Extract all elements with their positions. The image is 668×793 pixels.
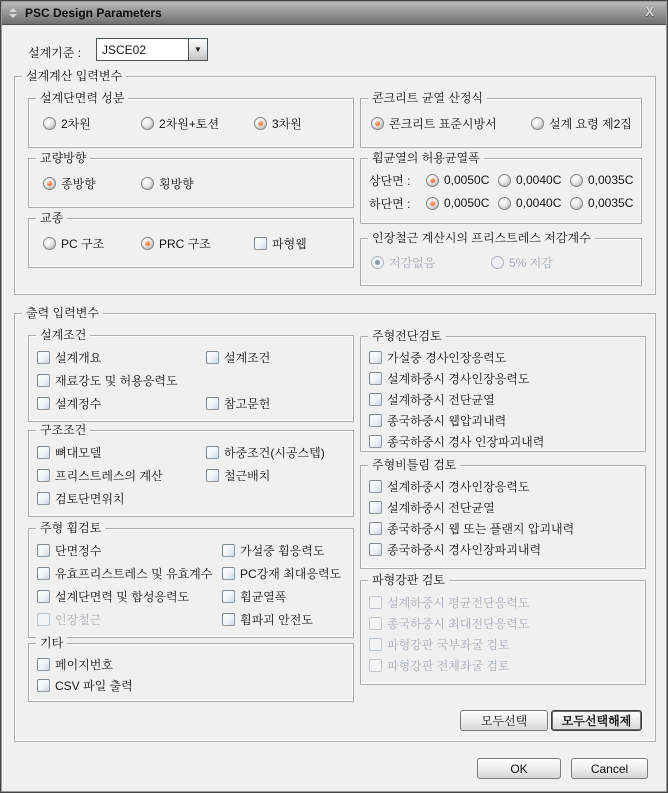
checkbox [369,638,382,651]
checkbox-item[interactable]: CSV 파일 출력 [37,677,133,694]
radio-circle[interactable] [254,117,267,130]
checkbox[interactable] [37,567,50,580]
checkbox-item: 파형강판 전체좌굴 검토 [369,657,510,674]
checkbox-list: 페이지번호CSV 파일 출력 [37,654,349,696]
radio-circle[interactable] [141,117,154,130]
checkbox-label: 하중조건(시공스텝) [224,444,325,461]
checkbox-row: 가설중 경사인장응력도 [369,347,641,368]
checkbox-label: 철근배치 [224,467,270,484]
checkbox-row: 설계하중시 경사인장응력도 [369,368,641,389]
radio-top-0035c[interactable]: 0,0035C [570,173,633,187]
checkbox-label: 재료강도 및 허용응력도 [55,372,178,389]
radio-bottom-0050c[interactable]: 0,0050C [426,196,498,210]
checkbox[interactable] [37,469,50,482]
radio-transverse[interactable]: 횡방향 [141,175,194,192]
checkbox-label: 유효프리스트레스 및 유효계수 [55,565,212,582]
radio-circle[interactable] [426,174,439,187]
checkbox-item[interactable]: PC강재 최대응력도 [222,565,341,582]
checkbox [369,659,382,672]
radio-no-reduction: 저감없음 [371,254,491,271]
checkbox-label: 설계하중시 전단균열 [387,499,495,516]
group-title: 설계계산 입력변수 [22,69,126,84]
checkbox-item: 인장철근 [37,611,222,628]
checkbox-label: 설계하중시 경사인장응력도 [387,478,529,495]
radio-circle[interactable] [141,177,154,190]
checkbox-row: 파형강판 국부좌굴 검토 [369,634,641,655]
close-icon: X [645,4,654,19]
checkbox-row: 종국하중시 경사 인장파괴내력 [369,431,641,452]
cancel-button[interactable]: Cancel [571,758,648,779]
group-section-force: 설계단면력 성분 2차원 2차원+토션 3차원 [28,98,354,148]
radio-design-guideline-vol2[interactable]: 설계 요령 제2집 [531,115,632,132]
checkbox-item[interactable]: 철근배치 [206,467,270,484]
checkbox-label: 종국하중시 웹 또는 플랜지 압괴내력 [387,520,574,537]
checkbox [369,596,382,609]
radio-circle[interactable] [570,197,583,210]
checkbox-label: 가설중 경사인장응력도 [387,349,506,366]
group-title: 출력 입력변수 [22,306,103,321]
checkbox[interactable] [369,501,382,514]
checkbox-item[interactable]: 하중조건(시공스텝) [206,444,325,461]
checkbox-item[interactable]: 검토단면위치 [37,490,125,507]
select-all-button[interactable]: 모두선택 [460,710,548,731]
checkbox-row: 종국하중시 경사인장파괴내력 [369,539,641,560]
checkbox[interactable] [37,446,50,459]
checkbox-list: 가설중 경사인장응력도설계하중시 경사인장응력도설계하중시 전단균열종국하중시 … [369,347,641,452]
checkbox-item[interactable]: 참고문헌 [206,395,270,412]
checkbox-label: 프리스트레스의 계산 [55,467,163,484]
checkbox[interactable] [37,374,50,387]
checkbox-label: 설계단면력 및 합성응력도 [55,588,189,605]
checkbox [37,613,50,626]
checkbox[interactable] [37,397,50,410]
radio-circle[interactable] [426,197,439,210]
checkbox [369,617,382,630]
window-icon [9,6,18,20]
checkbox-label: 가설중 휨응력도 [240,542,324,559]
radio-circle[interactable] [371,117,384,130]
title-bar: PSC Design Parameters X [1,1,667,25]
checkbox-list: 뼈대모델하중조건(시공스텝)프리스트레스의 계산철근배치검토단면위치 [37,441,349,510]
checkbox-label: 참고문헌 [224,395,270,412]
design-standard-label: 설계기준 : [28,44,81,61]
checkbox[interactable] [222,567,235,580]
checkbox-row: 프리스트레스의 계산철근배치 [37,464,349,487]
group-concrete-crack-formula: 콘크리트 균열 산정식 콘크리트 표준시방서 설계 요령 제2집 [360,98,642,148]
checkbox-label: 단면정수 [55,542,101,559]
chevron-down-icon: ▼ [194,45,202,54]
design-standard-value: JSCE02 [97,39,188,60]
checkbox-label: 검토단면위치 [55,490,125,507]
group-girder-flexure-check: 주형 휨검토 단면정수가설중 휨응력도유효프리스트레스 및 유효계수PC강재 최… [28,528,354,638]
group-girder-torsion-check: 주형비틀림 검토 설계하중시 경사인장응력도설계하중시 전단균열종국하중시 웹 … [360,465,646,569]
radio-5pct-reduction: 5% 저감 [491,254,553,271]
checkbox-item[interactable]: 뼈대모델 [37,444,206,461]
group-etc: 기타 페이지번호CSV 파일 출력 [28,643,354,702]
checkbox-item[interactable]: 설계하중시 경사인장응력도 [369,478,529,495]
checkbox-row: 종국하중시 웹 또는 플랜지 압괴내력 [369,518,641,539]
deselect-all-button[interactable]: 모두선택해제 [551,710,642,731]
checkbox[interactable] [206,469,219,482]
checkbox[interactable] [369,351,382,364]
bridge-direction-options: 종방향 횡방향 [43,176,194,190]
radio-circle [491,256,504,269]
checkbox-item[interactable]: 설계조건 [206,349,270,366]
checkbox-row: 페이지번호 [37,654,349,675]
radio-circle[interactable] [141,237,154,250]
checkbox-row: 설계하중시 평균전단응력도 [369,592,641,613]
group-title: 구조조건 [36,423,90,438]
checkbox[interactable] [37,351,50,364]
checkbox-label: 페이지번호 [55,656,113,673]
checkbox-label: 뼈대모델 [55,444,101,461]
group-title: 교량방향 [36,151,90,166]
checkbox-item: 종국하중시 최대전단응력도 [369,615,529,632]
top-face-label: 상단면 : [369,172,426,189]
group-title: 휨균열의 허용균열폭 [368,151,484,166]
checkbox-label: 종국하중시 웹압괴내력 [387,412,506,429]
group-title: 인장철근 계산시의 프리스트레스 저감계수 [368,231,595,246]
checkbox[interactable] [369,480,382,493]
checkbox-item[interactable]: 재료강도 및 허용응력도 [37,372,178,389]
checkbox-label: 파형강판 국부좌굴 검토 [387,636,510,653]
checkbox-item[interactable]: 설계정수 [37,395,206,412]
bottom-face-label: 하단면 : [369,195,426,212]
radio-circle[interactable] [498,197,511,210]
checkbox[interactable] [206,351,219,364]
checkbox-corrugated-web[interactable]: 파형웹 [254,235,307,252]
checkbox-list: 설계개요설계조건재료강도 및 허용응력도설계정수참고문헌 [37,346,349,415]
checkbox[interactable] [222,544,235,557]
checkbox-label: CSV 파일 출력 [55,677,133,694]
checkbox-row: 종국하중시 웹압괴내력 [369,410,641,431]
checkbox[interactable] [254,237,267,250]
window-title: PSC Design Parameters [25,6,162,20]
checkbox-item[interactable]: 설계하중시 전단균열 [369,499,495,516]
group-corrugated-steel-plate-check: 파형강판 검토 설계하중시 평균전단응력도종국하중시 최대전단응력도파형강판 국… [360,580,646,685]
checkbox-list: 단면정수가설중 휨응력도유효프리스트레스 및 유효계수PC강재 최대응력도설계단… [37,539,349,631]
checkbox-label: 종국하중시 경사 인장파괴내력 [387,433,544,450]
checkbox-item[interactable]: 설계하중시 전단균열 [369,391,495,408]
checkbox-label: 설계하중시 평균전단응력도 [387,594,529,611]
radio-circle[interactable] [43,117,56,130]
radio-top-0040c[interactable]: 0,0040C [498,173,570,187]
checkbox[interactable] [206,397,219,410]
checkbox[interactable] [369,393,382,406]
group-title: 주형 휨검토 [36,521,105,536]
checkbox-row: CSV 파일 출력 [37,675,349,696]
radio-bottom-0040c[interactable]: 0,0040C [498,196,570,210]
radio-top-0050c[interactable]: 0,0050C [426,173,498,187]
checkbox[interactable] [206,446,219,459]
group-title: 주형전단검토 [368,329,446,344]
checkbox-item[interactable]: 유효프리스트레스 및 유효계수 [37,565,222,582]
checkbox-item[interactable]: 페이지번호 [37,656,113,673]
checkbox[interactable] [222,613,235,626]
design-standard-combobox[interactable]: JSCE02 ▼ [96,38,208,61]
checkbox-label: 휨파괴 안전도 [240,611,313,628]
checkbox-item[interactable]: 휨균열폭 [222,588,286,605]
checkbox-row: 파형강판 전체좌굴 검토 [369,655,641,676]
checkbox-item[interactable]: 프리스트레스의 계산 [37,467,206,484]
checkbox-row: 유효프리스트레스 및 유효계수PC강재 최대응력도 [37,562,349,585]
checkbox-item: 파형강판 국부좌굴 검토 [369,636,510,653]
bridge-type-options: PC 구조 PRC 구조 파형웹 [43,236,307,250]
checkbox-label: 설계개요 [55,349,101,366]
checkbox-item[interactable]: 설계개요 [37,349,206,366]
radio-bottom-0035c[interactable]: 0,0035C [570,196,633,210]
checkbox-list: 설계하중시 평균전단응력도종국하중시 최대전단응력도파형강판 국부좌굴 검토파형… [369,592,641,676]
checkbox-label: 종국하중시 경사인장파괴내력 [387,541,541,558]
checkbox-row: 설계하중시 전단균열 [369,389,641,410]
checkbox-item: 설계하중시 평균전단응력도 [369,594,529,611]
checkbox[interactable] [369,414,382,427]
group-title: 설계조건 [36,328,90,343]
checkbox-item[interactable]: 종국하중시 경사인장파괴내력 [369,541,541,558]
checkbox[interactable] [37,658,50,671]
radio-circle[interactable] [43,177,56,190]
checkbox[interactable] [369,522,382,535]
prestress-reduction-options: 저감없음 5% 저감 [371,255,553,269]
bottom-face-row: 하단면 : 0,0050C 0,0040C 0,0035C [369,196,633,210]
radio-circle[interactable] [43,237,56,250]
checkbox[interactable] [369,372,382,385]
checkbox-row: 설계정수참고문헌 [37,392,349,415]
ok-button[interactable]: OK [477,758,561,779]
checkbox[interactable] [369,435,382,448]
checkbox-item[interactable]: 설계단면력 및 합성응력도 [37,588,222,605]
checkbox-item[interactable]: 종국하중시 경사 인장파괴내력 [369,433,544,450]
radio-pc-structure[interactable]: PC 구조 [43,235,141,252]
group-structure-condition: 구조조건 뼈대모델하중조건(시공스텝)프리스트레스의 계산철근배치검토단면위치 [28,430,354,517]
checkbox-item[interactable]: 단면정수 [37,542,222,559]
checkbox-item[interactable]: 가설중 휨응력도 [222,542,324,559]
group-prestress-reduction: 인장철근 계산시의 프리스트레스 저감계수 저감없음 5% 저감 [360,238,642,286]
group-title: 기타 [36,636,67,651]
crack-formula-options: 콘크리트 표준시방서 설계 요령 제2집 [371,116,632,130]
group-girder-shear-check: 주형전단검토 가설중 경사인장응력도설계하중시 경사인장응력도설계하중시 전단균… [360,336,646,452]
checkbox[interactable] [222,590,235,603]
combo-dropdown-button[interactable]: ▼ [188,39,207,60]
checkbox[interactable] [37,492,50,505]
radio-circle[interactable] [498,174,511,187]
checkbox[interactable] [37,590,50,603]
radio-3d[interactable]: 3차원 [254,115,302,132]
checkbox-row: 검토단면위치 [37,487,349,510]
checkbox-label: 설계하중시 경사인장응력도 [387,370,529,387]
group-title: 콘크리트 균열 산정식 [368,91,487,106]
group-title: 교종 [36,211,67,226]
checkbox[interactable] [37,544,50,557]
checkbox-item[interactable]: 설계하중시 경사인장응력도 [369,370,529,387]
checkbox-row: 재료강도 및 허용응력도 [37,369,349,392]
checkbox-row: 설계하중시 전단균열 [369,497,641,518]
checkbox-row: 설계단면력 및 합성응력도휨균열폭 [37,585,349,608]
checkbox-label: 설계조건 [224,349,270,366]
checkbox[interactable] [369,543,382,556]
radio-longitudinal[interactable]: 종방향 [43,175,141,192]
group-title: 설계단면력 성분 [36,91,128,106]
checkbox-label: 휨균열폭 [240,588,286,605]
group-bridge-type: 교종 PC 구조 PRC 구조 파형웹 [28,218,354,268]
checkbox-label: PC강재 최대응력도 [240,565,341,582]
radio-2d-torsion[interactable]: 2차원+토션 [141,115,254,132]
group-allowable-crack-width: 휨균열의 허용균열폭 상단면 : 0,0050C 0,0040C 0,0035C… [360,158,642,224]
checkbox-label: 설계하중시 전단균열 [387,391,495,408]
checkbox-row: 인장철근휨파괴 안전도 [37,608,349,631]
checkbox-item[interactable]: 종국하중시 웹 또는 플랜지 압괴내력 [369,520,574,537]
group-title: 주형비틀림 검토 [368,458,460,473]
checkbox-item[interactable]: 가설중 경사인장응력도 [369,349,506,366]
checkbox-row: 종국하중시 최대전단응력도 [369,613,641,634]
group-design-condition: 설계조건 설계개요설계조건재료강도 및 허용응력도설계정수참고문헌 [28,335,354,422]
radio-circle [371,256,384,269]
checkbox-row: 설계개요설계조건 [37,346,349,369]
checkbox-item[interactable]: 종국하중시 웹압괴내력 [369,412,506,429]
close-button[interactable]: X [645,4,654,19]
checkbox-row: 단면정수가설중 휨응력도 [37,539,349,562]
radio-2d[interactable]: 2차원 [43,115,141,132]
checkbox-row: 설계하중시 경사인장응력도 [369,476,641,497]
radio-concrete-standard-spec[interactable]: 콘크리트 표준시방서 [371,115,531,132]
checkbox-item[interactable]: 휨파괴 안전도 [222,611,313,628]
radio-circle[interactable] [531,117,544,130]
checkbox[interactable] [37,679,50,692]
checkbox-label: 설계정수 [55,395,101,412]
checkbox-label: 파형강판 전체좌굴 검토 [387,657,510,674]
group-bridge-direction: 교량방향 종방향 횡방향 [28,158,354,208]
checkbox-label: 인장철근 [55,611,101,628]
group-title: 파형강판 검토 [368,573,449,588]
top-face-row: 상단면 : 0,0050C 0,0040C 0,0035C [369,173,633,187]
section-force-options: 2차원 2차원+토션 3차원 [43,116,302,130]
checkbox-label: 종국하중시 최대전단응력도 [387,615,529,632]
radio-prc-structure[interactable]: PRC 구조 [141,235,254,252]
radio-circle[interactable] [570,174,583,187]
checkbox-list: 설계하중시 경사인장응력도설계하중시 전단균열종국하중시 웹 또는 플랜지 압괴… [369,476,641,560]
checkbox-row: 뼈대모델하중조건(시공스텝) [37,441,349,464]
